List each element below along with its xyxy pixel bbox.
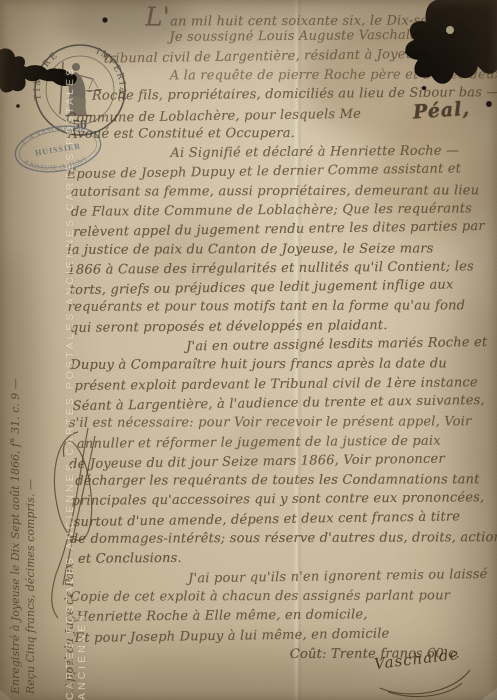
ink-blot — [0, 48, 29, 92]
avoue-name: Péal, — [412, 100, 470, 123]
ink-dot — [16, 104, 20, 108]
registration-line: Reçu Cinq francs, décimes compris. — — [23, 274, 38, 694]
registration-line: Enregistré à Joyeuse le Dix Sept août 18… — [8, 274, 23, 694]
margin-registration-note: Enregistré à Joyeuse le Dix Sept août 18… — [8, 274, 38, 694]
signature-flourish — [380, 670, 470, 694]
document-page: TIMBRE IMPERIAL 50 L.A VASCHALDE — [0, 0, 497, 700]
signature-flourish — [388, 683, 462, 697]
corner-chip — [481, 688, 497, 700]
manuscript-body: L'an mil huit cent soixante six, le Dix-… — [59, 6, 497, 666]
manuscript-line: requérants et pour tous motifs tant en l… — [62, 297, 494, 318]
